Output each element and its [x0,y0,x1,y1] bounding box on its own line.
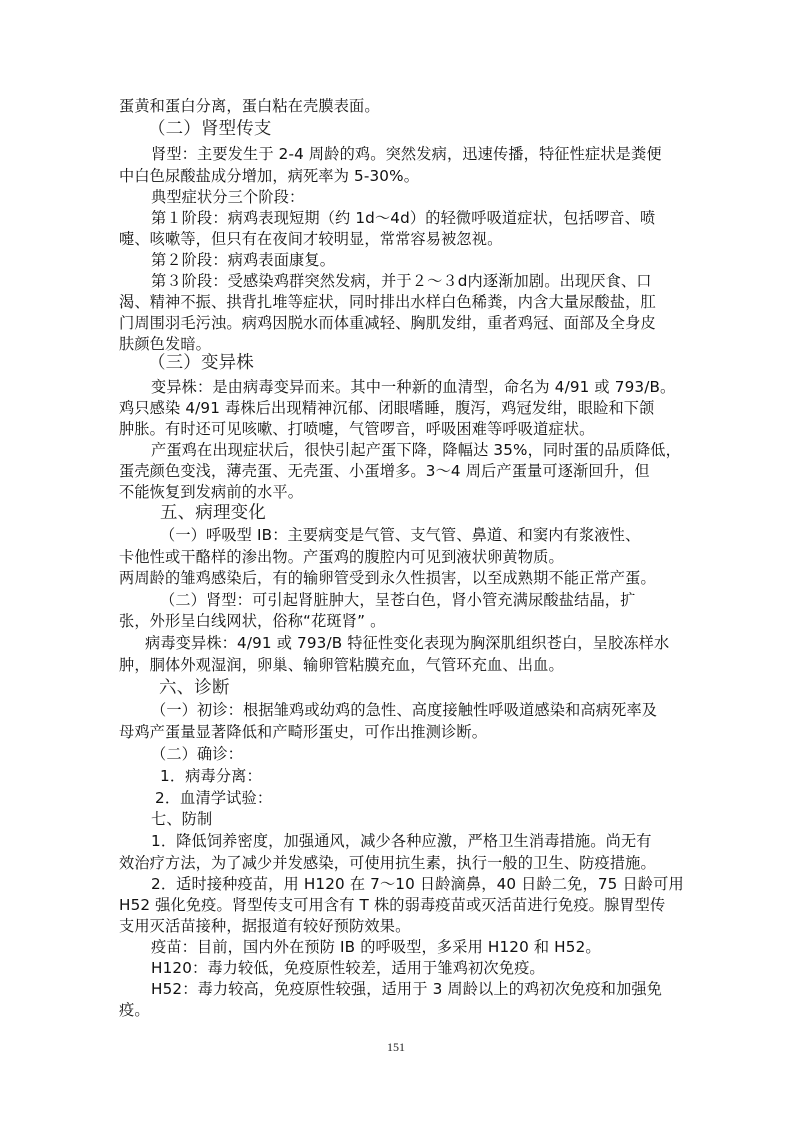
text-line: 支用灭活苗接种，据报道有较好预防效果。 [119,916,410,936]
text-line: 肿，胴体外观湿润，卵巢、输卵管粘膜充血，气管环充血、出血。 [119,655,564,675]
text-line: 中白色尿酸盐成分增加，病死率为 5-30%。 [119,166,419,186]
text-line: 渴、精神不振、拱背扎堆等症状，同时排出水样白色稀粪，内含大量尿酸盐，肛 [119,292,656,312]
text-line: 1．降低饲养密度，加强通风，减少各种应激，严格卫生消毒措施。尚无有 [151,831,652,851]
text-line: 2．适时接种疫苗，用 H120 在 7～10 日龄滴鼻，40 日龄二免，75 日… [151,874,684,894]
text-line: 疫。 [119,1000,150,1020]
text-line: 第２阶段：病鸡表面康复。 [151,250,335,270]
text-line: 疫苗：目前，国内外在预防 IB 的呼吸型，多采用 H120 和 H52。 [151,937,601,957]
page-number: 151 [387,1040,405,1055]
text-line: 效治疗方法，为了减少并发感染，可使用抗生素，执行一般的卫生、防疫措施。 [119,853,656,873]
text-line: H52：毒力较高，免疫原性较强，适用于 3 周龄以上的鸡初次免疫和加强免 [151,979,662,999]
text-line: 2．血清学试验： [155,788,272,808]
document-page: 蛋黄和蛋白分离，蛋白粘在壳膜表面。（二）肾型传支肾型：主要发生于 2-4 周龄的… [0,0,793,1122]
text-line: （二）确诊： [151,744,243,764]
text-line: 七、防制 [151,809,212,829]
text-line: 肿胀。有时还可见咳嗽、打喷嚏，气管啰音，呼吸困难等呼吸道症状。 [119,419,594,439]
text-line: 蛋壳颜色变浅，薄壳蛋、无壳蛋、小蛋增多。3～4 周后产蛋量可逐渐回升，但 [119,461,650,481]
text-line: 母鸡产蛋量显著降低和产畸形蛋史，可作出推测诊断。 [119,722,487,742]
section-heading: 五、病理变化 [160,502,266,524]
text-line: （一）呼吸型 IB：主要病变是气管、支气管、鼻道、和窦内有浆液性、 [160,525,640,545]
text-line: 产蛋鸡在出现症状后，很快引起产蛋下降，降幅达 35%，同时蛋的品质降低， [151,440,681,460]
section-heading: （三）变异株 [148,352,254,374]
section-heading: 六、诊断 [159,677,230,699]
text-line: 两周龄的雏鸡感染后，有的输卵管受到永久性损害，以至成熟期不能正常产蛋。 [119,568,656,588]
text-line: 卡他性或干酪样的渗出物。产蛋鸡的腹腔内可见到液状卵黄物质。 [119,547,564,567]
text-line: H52 强化免疫。肾型传支可用含有 T 株的弱毒疫苗或灭活苗进行免疫。腺胃型传 [119,895,665,915]
text-line: 1．病毒分离： [160,766,262,786]
text-line: 变异株：是由病毒变异而来。其中一种新的血清型，命名为 4/91 或 793/B。 [151,377,675,397]
text-line: （一）初诊：根据雏鸡或幼鸡的急性、高度接触性呼吸道感染和高病死率及 [151,700,657,720]
text-line: 鸡只感染 4/91 毒株后出现精神沉郁、闭眼嗜睡，腹泻，鸡冠发绀，眼睑和下颌 [119,398,654,418]
text-line: H120：毒力较低，免疫原性较差，适用于雏鸡初次免疫。 [151,958,545,978]
text-line: 第３阶段：受感染鸡群突然发病，并于２～３d内逐渐加剧。出现厌食、口 [151,271,652,291]
text-line: 第１阶段：病鸡表现短期（约 1d～4d）的轻微呼吸道症状，包括啰音、喷 [151,208,655,228]
text-line: 门周围羽毛污浊。病鸡因脱水而体重减轻、胸肌发绀，重者鸡冠、面部及全身皮 [119,313,656,333]
text-line: 蛋黄和蛋白分离，蛋白粘在壳膜表面。 [119,96,380,116]
text-line: 嚏、咳嗽等，但只有在夜间才较明显，常常容易被忽视。 [119,229,502,249]
text-line: 肾型：主要发生于 2-4 周龄的鸡。突然发病，迅速传播，特征性症状是粪便 [151,144,662,164]
text-line: 典型症状分三个阶段： [151,187,304,207]
text-line: 肤颜色发暗。 [119,334,211,354]
section-heading: （二）肾型传支 [148,118,272,140]
text-line: 张，外形呈白线网状，俗称“花斑肾” 。 [119,611,385,631]
text-line: 病毒变异株：4/91 或 793/B 特征性变化表现为胸深肌组织苍白，呈胶冻样水 [145,633,669,653]
text-line: 不能恢复到发病前的水平。 [119,482,303,502]
text-line: （二）肾型：可引起肾脏肿大，呈苍白色，肾小管充满尿酸盐结晶，扩 [160,590,635,610]
